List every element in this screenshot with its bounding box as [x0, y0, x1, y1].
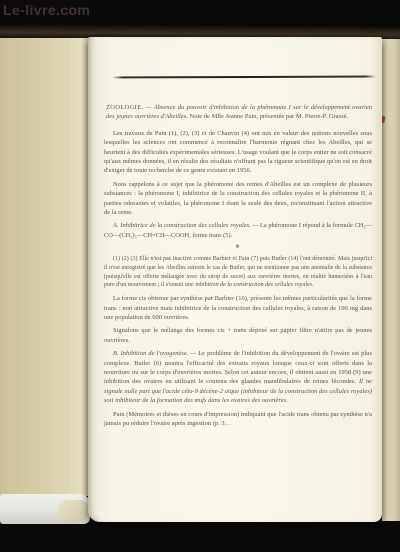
- paragraph-1: Les travaux de Pain (1), (2), (3) et de …: [104, 129, 372, 176]
- paragraph-melange-body: Signalons que le mélange des formes cis …: [104, 327, 372, 343]
- watermark-text: Le-livre.com: [3, 2, 90, 18]
- book-photo: Le-livre.com ZOOLOGIE. — Absence du pouv…: [0, 0, 400, 552]
- footnote-paragraph: (1) (2) (3) Elle n'est pas inactive comm…: [104, 255, 372, 290]
- paragraph-final-body: Pain (Mémoires et thèses en cours d'impr…: [104, 411, 372, 427]
- article-heading: ZOOLOGIE. — Absence du pouvoir d'inhibit…: [104, 103, 372, 122]
- section-separator-ornament: ✻: [104, 244, 372, 252]
- book-cover-edge: [0, 38, 92, 496]
- heading-note: Note de Mlle Jeanne Pain, présentée par …: [190, 113, 349, 120]
- paragraph-section-a: A. Inhibitrice de la construction des ce…: [104, 221, 372, 240]
- adjacent-page-edge: [382, 39, 400, 521]
- page-text-block: ZOOLOGIE. — Absence du pouvoir d'inhibit…: [104, 103, 372, 432]
- paragraph-2-body: Nous rappelons à ce sujet que la phéromo…: [104, 181, 372, 216]
- paragraph-2: Nous rappelons à ce sujet que la phéromo…: [104, 180, 372, 218]
- document-page: ZOOLOGIE. — Absence du pouvoir d'inhibit…: [88, 37, 382, 522]
- paragraph-cis-body: La forme cis obtenue par synthèse par Ba…: [104, 295, 372, 321]
- section-a-lead: A. Inhibitrice de la construction des ce…: [113, 222, 260, 229]
- footnote-tail-italic: une inhibition de la construction des ce…: [185, 282, 314, 288]
- heading-rubric: ZOOLOGIE.: [106, 104, 144, 111]
- header-rule: [112, 76, 376, 79]
- paragraph-cis-form: La forme cis obtenue par synthèse par Ba…: [104, 294, 372, 322]
- paragraph-section-b: B. Inhibition de l'ovogenèse. — Le probl…: [104, 349, 372, 405]
- page-corner-curl: [58, 500, 88, 522]
- paragraph-melange: Signalons que le mélange des formes cis …: [104, 326, 372, 345]
- paragraph-1-body: Les travaux de Pain (1), (2), (3) et de …: [104, 130, 372, 175]
- section-b-lead: B. Inhibition de l'ovogenèse. —: [113, 350, 198, 357]
- paragraph-final: Pain (Mémoires et thèses en cours d'impr…: [104, 410, 372, 429]
- cover-texture: [0, 38, 92, 496]
